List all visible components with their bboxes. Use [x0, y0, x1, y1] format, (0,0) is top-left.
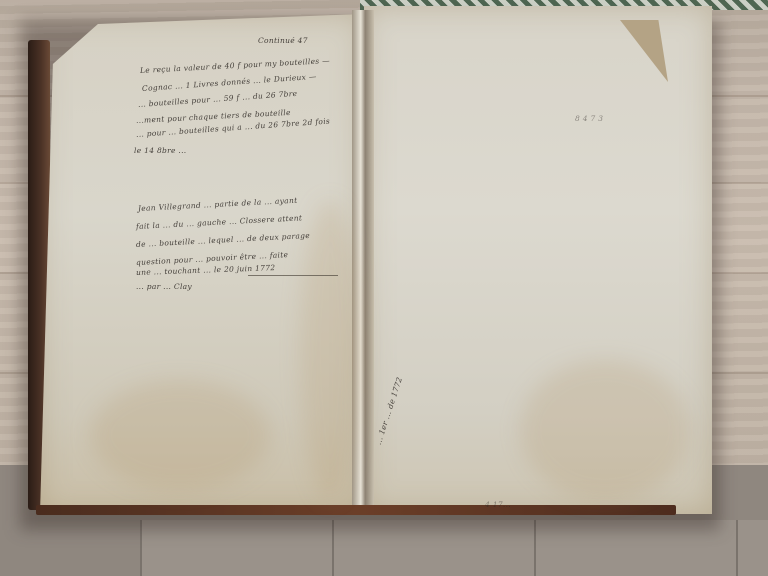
handwritten-line: ... par ... Clay: [136, 282, 192, 291]
book-gutter: [352, 10, 374, 515]
faint-page-number: 8 4 7 3: [575, 114, 603, 123]
header-note: Continué 47: [258, 36, 308, 45]
bottom-marks: 4 17...: [485, 500, 511, 509]
book-bottom-edge: [36, 505, 676, 515]
handwritten-line: le 14 8bre ...: [134, 146, 186, 155]
photo-scene: Continué 47 Le reçu la valeur de 40 f po…: [0, 0, 768, 576]
